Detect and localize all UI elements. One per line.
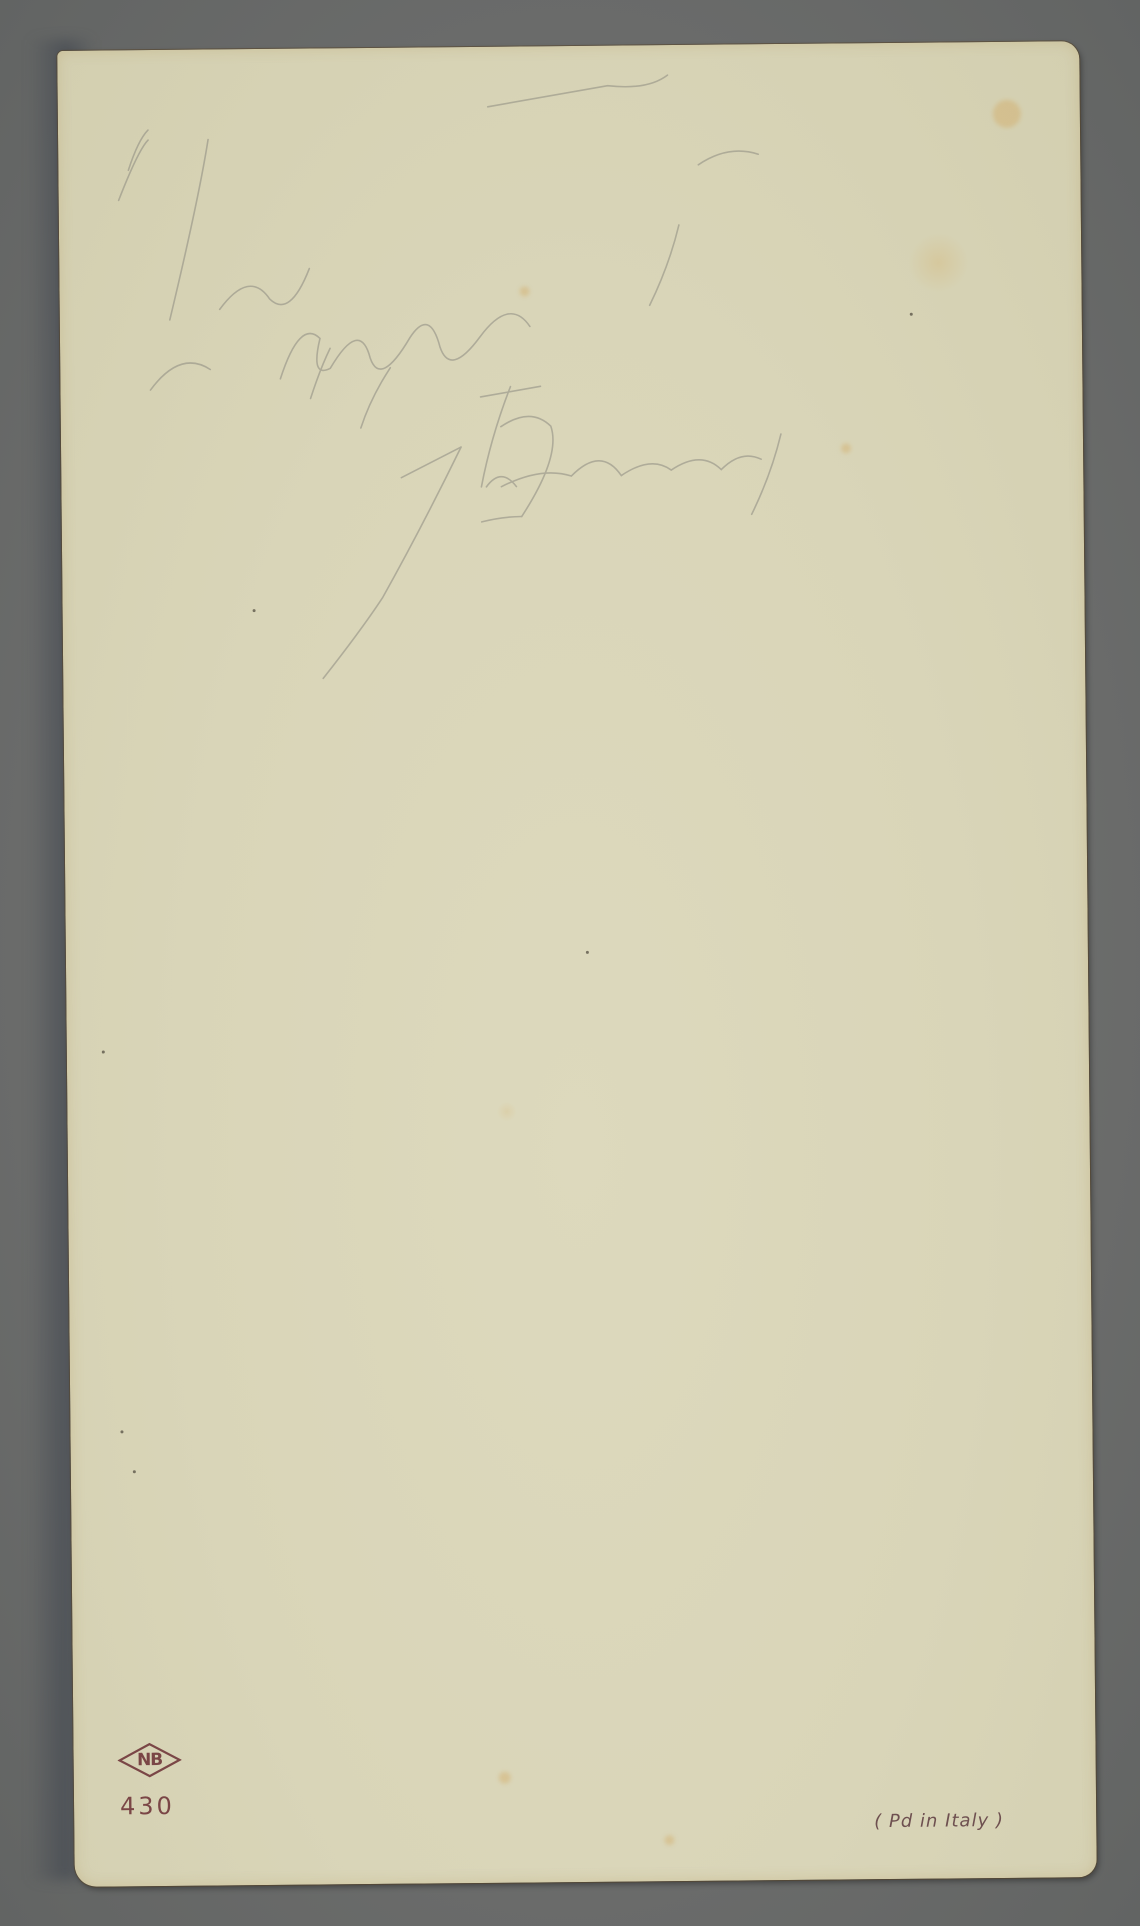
speck	[133, 1470, 136, 1473]
age-stain	[499, 1772, 511, 1784]
pencil-handwriting	[57, 41, 1097, 1887]
speck	[102, 1051, 105, 1054]
logo-text: NB	[117, 1742, 181, 1779]
publisher-logo: NB	[117, 1742, 181, 1779]
printed-in-italy: ( Pd in Italy )	[874, 1810, 1004, 1832]
speck	[253, 609, 256, 612]
card-back: NB 430 ( Pd in Italy )	[57, 41, 1097, 1887]
speck	[910, 313, 913, 316]
catalog-number: 430	[120, 1792, 175, 1821]
age-stain	[841, 443, 851, 453]
speck	[120, 1430, 123, 1433]
age-stain	[993, 100, 1021, 128]
age-stain	[519, 286, 529, 296]
speck	[586, 951, 589, 954]
age-stain	[664, 1835, 674, 1845]
